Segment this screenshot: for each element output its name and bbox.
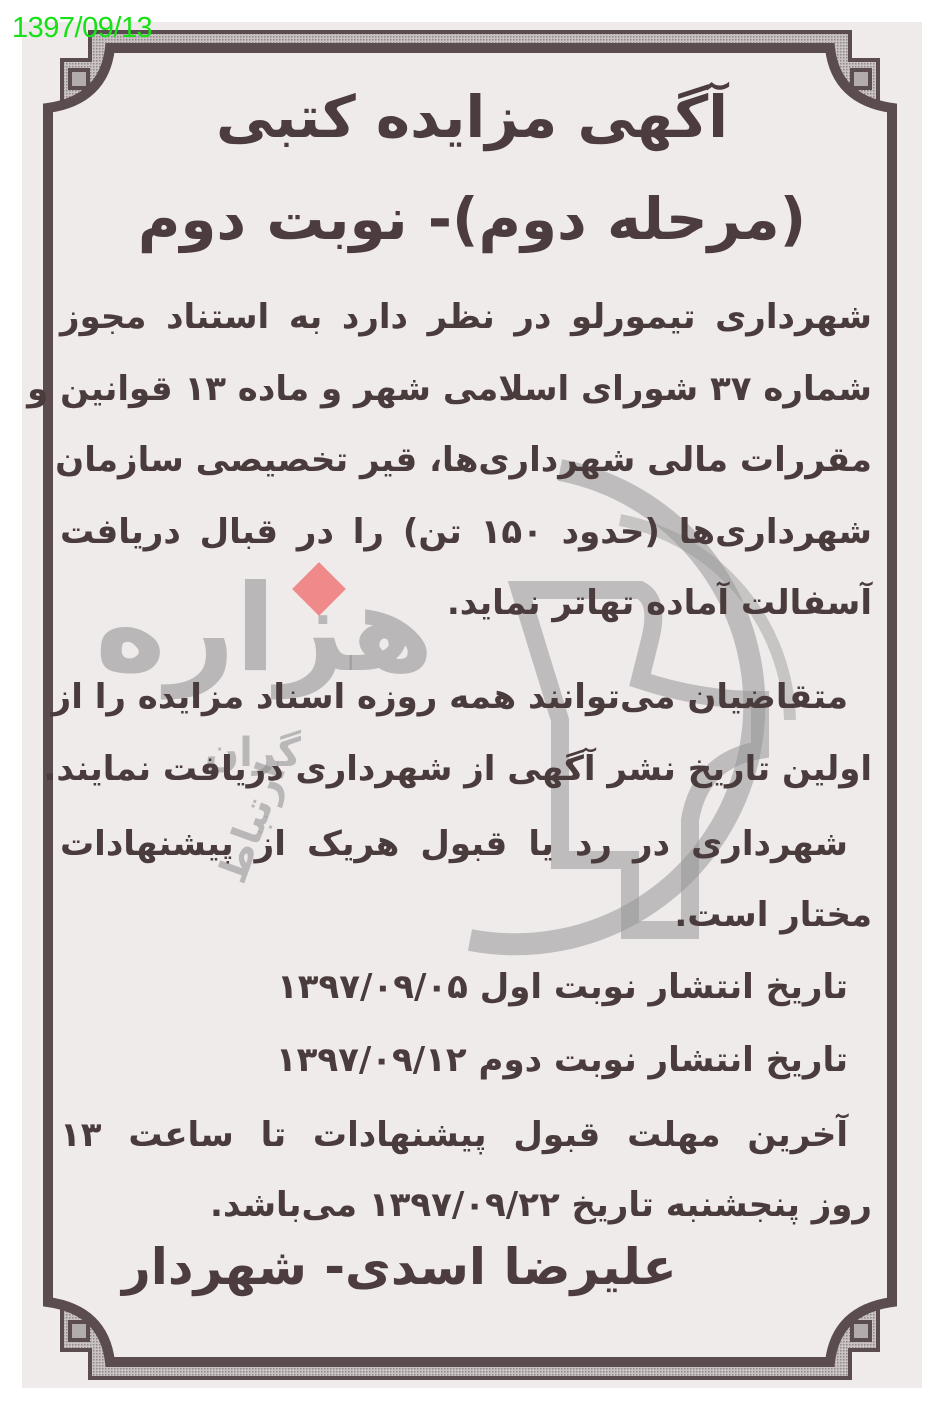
paragraph3-line2: مختار است. — [60, 898, 872, 932]
first-publication-date: تاریخ انتشار نوبت اول ۱۳۹۷/۰۹/۰۵ — [60, 970, 848, 1004]
second-publication-date: تاریخ انتشار نوبت دوم ۱۳۹۷/۰۹/۱۲ — [60, 1043, 848, 1077]
deadline-line1: آخرین مهلت قبول پیشنهادات تا ساعت ۱۳ — [60, 1118, 848, 1152]
notice-subtitle: (مرحله دوم)- نوبت دوم — [60, 190, 884, 248]
paragraph2-line1: متقاضیان می‌توانند همه روزه اسناد مزایده… — [60, 680, 848, 714]
paragraph1-line4: شهرداری‌ها (حدود ۱۵۰ تن) را در قبال دریا… — [60, 515, 872, 549]
deadline-line2: روز پنجشنبه تاریخ ۱۳۹۷/۰۹/۲۲ می‌باشد. — [60, 1188, 872, 1222]
paragraph1-line1: شهرداری تیمورلو در نظر دارد به استناد مج… — [60, 300, 872, 334]
paragraph1-line2: شماره ۳۷ شورای اسلامی شهر و ماده ۱۳ قوان… — [60, 372, 872, 406]
paragraph3-line1: شهرداری در رد یا قبول هریک از پیشنهادات — [60, 827, 848, 861]
paragraph1-line5: آسفالت آماده تهاتر نماید. — [60, 586, 872, 620]
notice-title: آگهی مزایده کتبی — [60, 88, 884, 146]
date-stamp: 1397/09/13 — [12, 14, 152, 43]
signature: علیرضا اسدی- شهردار — [122, 1238, 677, 1296]
auction-notice: آگهی مزایده کتبی (مرحله دوم)- نوبت دوم ش… — [60, 60, 884, 1360]
paragraph2-line2: اولین تاریخ نشر آگهی از شهرداری دریافت ن… — [60, 752, 872, 786]
paragraph1-line3: مقررات مالی شهرداری‌ها، قیر تخصیصی سازما… — [60, 443, 872, 477]
